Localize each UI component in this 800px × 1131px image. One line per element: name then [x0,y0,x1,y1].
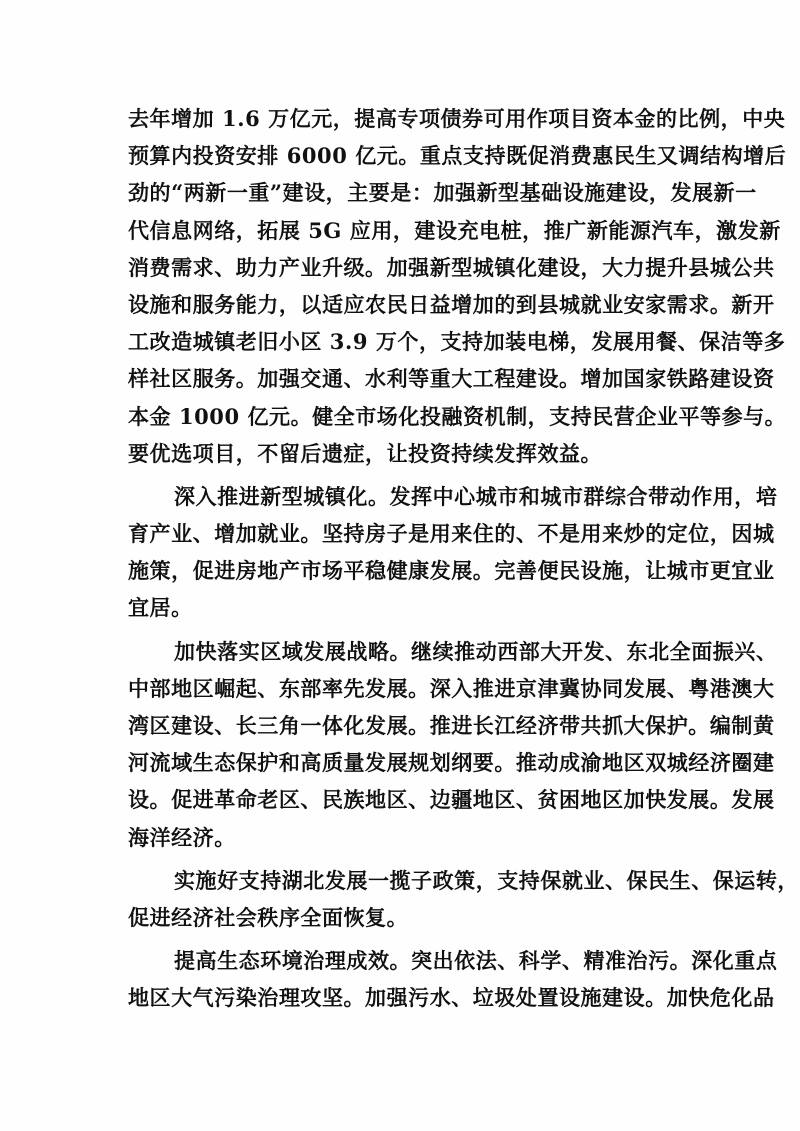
text-line: 实施好支持湖北发展一揽子政策，支持保就业、保民生、保运转， [128,862,686,899]
text-line: 要优选项目，不留后遗症，让投资持续发挥效益。 [128,435,686,472]
text-line: 工改造城镇老旧小区 3.9 万个，支持加装电梯，发展用餐、保洁等多 [128,323,686,360]
text-line: 劲的“两新一重”建设，主要是：加强新型基础设施建设，发展新一 [128,174,686,211]
document-body: 去年增加 1.6 万亿元，提高专项债券可用作项目资本金的比例，中央 预算内投资安… [128,100,686,1017]
text-line: 提高生态环境治理成效。突出依法、科学、精准治污。深化重点 [128,942,686,979]
text-line: 宜居。 [128,589,686,626]
paragraph-hubei-support: 实施好支持湖北发展一揽子政策，支持保就业、保民生、保运转， 促进经济社会秩序全面… [128,862,686,936]
text-line: 消费需求、助力产业升级。加强新型城镇化建设，大力提升县城公共 [128,249,686,286]
document-page: 去年增加 1.6 万亿元，提高专项债券可用作项目资本金的比例，中央 预算内投资安… [0,0,800,1131]
paragraph-regional-development: 加快落实区域发展战略。继续推动西部大开发、东北全面振兴、 中部地区崛起、东部率先… [128,633,686,856]
text-line: 本金 1000 亿元。健全市场化投融资机制，支持民营企业平等参与。 [128,398,686,435]
text-line: 加快落实区域发展战略。继续推动西部大开发、东北全面振兴、 [128,633,686,670]
paragraph-ecological-governance: 提高生态环境治理成效。突出依法、科学、精准治污。深化重点 地区大气污染治理攻坚。… [128,942,686,1016]
paragraph-urbanization: 深入推进新型城镇化。发挥中心城市和城市群综合带动作用，培 育产业、增加就业。坚持… [128,478,686,627]
text-line: 湾区建设、长三角一体化发展。推进长江经济带共抓大保护。编制黄 [128,707,686,744]
text-line: 代信息网络，拓展 5G 应用，建设充电桩，推广新能源汽车，激发新 [128,212,686,249]
text-line: 去年增加 1.6 万亿元，提高专项债券可用作项目资本金的比例，中央 [128,100,686,137]
text-line: 深入推进新型城镇化。发挥中心城市和城市群综合带动作用，培 [128,478,686,515]
text-line: 育产业、增加就业。坚持房子是用来住的、不是用来炒的定位，因城 [128,515,686,552]
text-line: 促进经济社会秩序全面恢复。 [128,899,686,936]
text-line: 施策，促进房地产市场平稳健康发展。完善便民设施，让城市更宜业 [128,552,686,589]
text-line: 中部地区崛起、东部率先发展。深入推进京津冀协同发展、粤港澳大 [128,670,686,707]
text-line: 河流域生态保护和高质量发展规划纲要。推动成渝地区双城经济圈建 [128,744,686,781]
text-line: 样社区服务。加强交通、水利等重大工程建设。增加国家铁路建设资 [128,360,686,397]
text-line: 设。促进革命老区、民族地区、边疆地区、贫困地区加快发展。发展 [128,781,686,818]
text-line: 海洋经济。 [128,819,686,856]
text-line: 地区大气污染治理攻坚。加强污水、垃圾处置设施建设。加快危化品 [128,979,686,1016]
paragraph-investment: 去年增加 1.6 万亿元，提高专项债券可用作项目资本金的比例，中央 预算内投资安… [128,100,686,472]
text-line: 设施和服务能力，以适应农民日益增加的到县城就业安家需求。新开 [128,286,686,323]
text-line: 预算内投资安排 6000 亿元。重点支持既促消费惠民生又调结构增后 [128,137,686,174]
